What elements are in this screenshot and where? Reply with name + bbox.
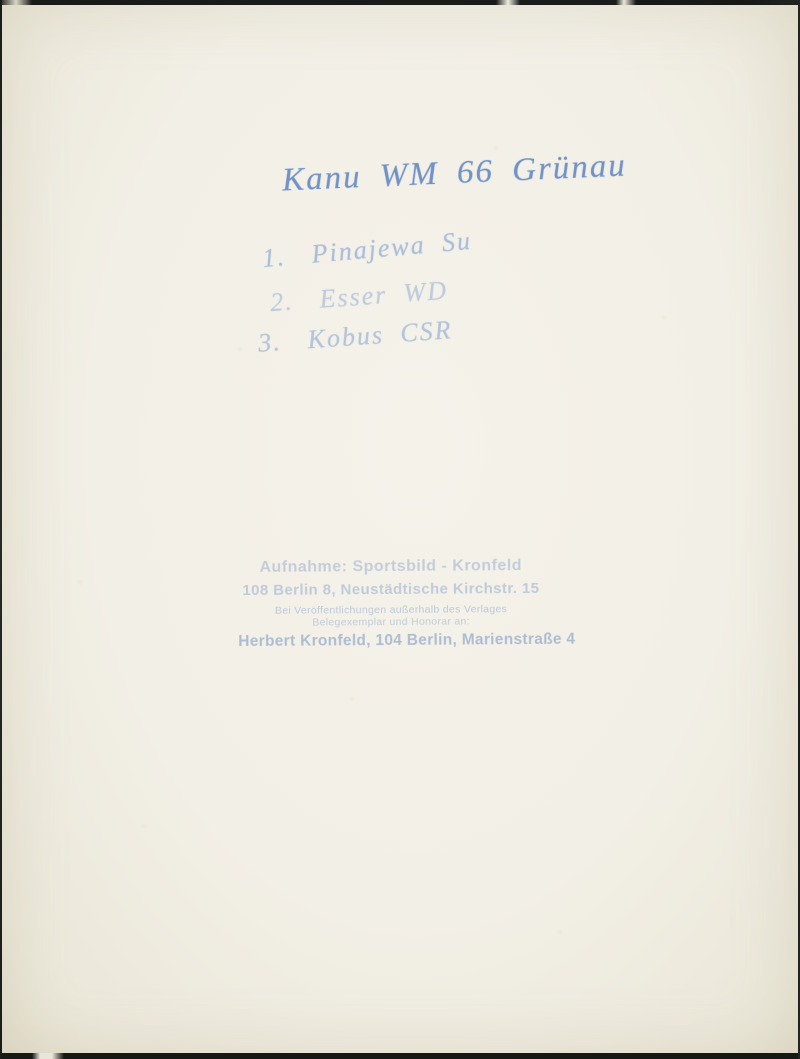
photographer-stamp: Aufnahme: Sportsbild - Kronfeld 108 Berl…: [238, 557, 545, 651]
list-item-text: Kobus CSR: [307, 315, 454, 354]
scan-edge-bottom: [0, 1053, 800, 1059]
stamp-address-line: 108 Berlin 8, Neustädtische Kirchstr. 15: [238, 580, 544, 599]
list-item-number: 2.: [269, 287, 295, 319]
scan-edge-left: [0, 0, 2, 1059]
list-item-number: 1.: [261, 242, 287, 274]
scan-edge-top: [0, 0, 800, 5]
stamp-notice-line: Belegexemplar und Honorar an:: [238, 615, 544, 629]
list-item-text: Esser WD: [319, 276, 449, 314]
stamp-contact-line: Herbert Kronfeld, 104 Berlin, Marienstra…: [238, 631, 544, 651]
list-item-text: Pinajewa Su: [310, 226, 473, 269]
list-item-number: 3.: [257, 327, 283, 359]
handwritten-list-item: 3.Kobus CSR: [257, 315, 453, 359]
photo-back: Kanu WM 66 Grünau 1.Pinajewa Su 2.Esser …: [0, 0, 800, 1059]
handwritten-caption-title: Kanu WM 66 Grünau: [281, 147, 627, 199]
handwritten-list-item: 2.Esser WD: [269, 276, 449, 318]
stamp-credit-line: Aufnahme: Sportsbild - Kronfeld: [238, 557, 544, 577]
handwritten-list-item: 1.Pinajewa Su: [261, 226, 473, 274]
